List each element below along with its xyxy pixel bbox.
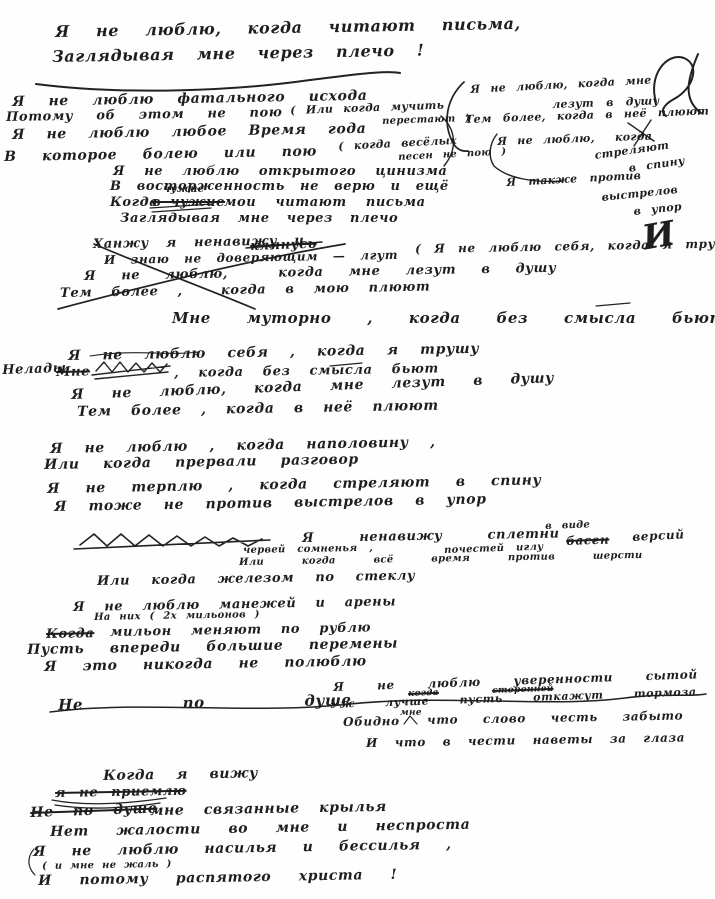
manuscript-line: песен не пою )	[398, 147, 507, 163]
manuscript-line: перестают )	[382, 114, 471, 127]
manuscript-line: Не по душе	[58, 693, 352, 713]
manuscript-line: Я не люблю насилья и бессилья ,	[33, 838, 452, 859]
manuscript-line: мои читают письма	[224, 196, 426, 209]
manuscript-line: Когда	[46, 627, 95, 641]
scribble-word-1	[92, 362, 170, 379]
manuscript-line: чужие	[163, 185, 204, 195]
manuscript-line: Я не люблю себя , когда я трушу	[68, 342, 479, 363]
manuscript-line: в упор	[633, 201, 682, 217]
manuscript-line: Или когда железом по стеклу	[97, 569, 415, 588]
manuscript-line: что слово честь забыто	[427, 710, 683, 726]
manuscript-line: На них ( 2х мильонов )	[94, 610, 260, 623]
manuscript-line: В которое болею или пою	[4, 145, 317, 164]
macron-byut-1	[596, 303, 630, 306]
manuscript-line: Мне муторно , когда без смысла бьют	[172, 311, 715, 326]
manuscript-line: Заглядывая мне через плечо !	[52, 43, 425, 65]
manuscript-line: я не приемлю	[55, 785, 187, 800]
manuscript-line: Я также против	[506, 170, 641, 188]
scribble-word-2	[74, 534, 270, 549]
manuscript-line: Тем более, когда в неё плюют	[465, 105, 709, 125]
manuscript-line: Обидно	[343, 715, 400, 728]
manuscript-line: Я не люблю открытого цинизма	[113, 165, 447, 178]
manuscript-line: версий	[632, 528, 685, 543]
manuscript-line: Когда я вижу	[103, 766, 258, 783]
manuscript-line: басен	[566, 533, 610, 546]
manuscript-line: мне	[400, 709, 422, 718]
manuscript-line: Мне	[56, 365, 90, 379]
manuscript-line: Заглядывая мне через плечо	[120, 212, 398, 225]
manuscript-line: мне связанные крылья	[150, 800, 387, 818]
manuscript-line: В восторженность не верю и ещё	[110, 180, 449, 193]
manuscript-line: Я это никогда не полюблю	[44, 654, 367, 674]
manuscript-line: в чужие	[152, 196, 225, 209]
manuscript-line: Или когда прервали разговор	[44, 453, 359, 472]
manuscript-line: Я не люблю, когда мне	[470, 75, 652, 95]
manuscript-page: Я не люблю, когда читают письма,Заглядыв…	[0, 0, 715, 899]
manuscript-line: Я не люблю любое Время года	[12, 122, 367, 142]
manuscript-line: И что в чести наветы за глаза	[366, 731, 685, 749]
manuscript-line: в виде	[545, 520, 590, 532]
manuscript-line: выстрелов	[601, 184, 678, 203]
manuscript-line: Я не люблю, когда читают письма,	[55, 16, 521, 40]
manuscript-line: Потому об этом не пою	[6, 106, 283, 124]
manuscript-line: Не по душе	[30, 802, 158, 820]
manuscript-line: Тем более , когда в неё плюют	[77, 399, 439, 419]
manuscript-line: Тем более , когда в мою плюют	[60, 281, 430, 300]
manuscript-line: Нет жалости во мне и неспроста	[50, 818, 470, 839]
